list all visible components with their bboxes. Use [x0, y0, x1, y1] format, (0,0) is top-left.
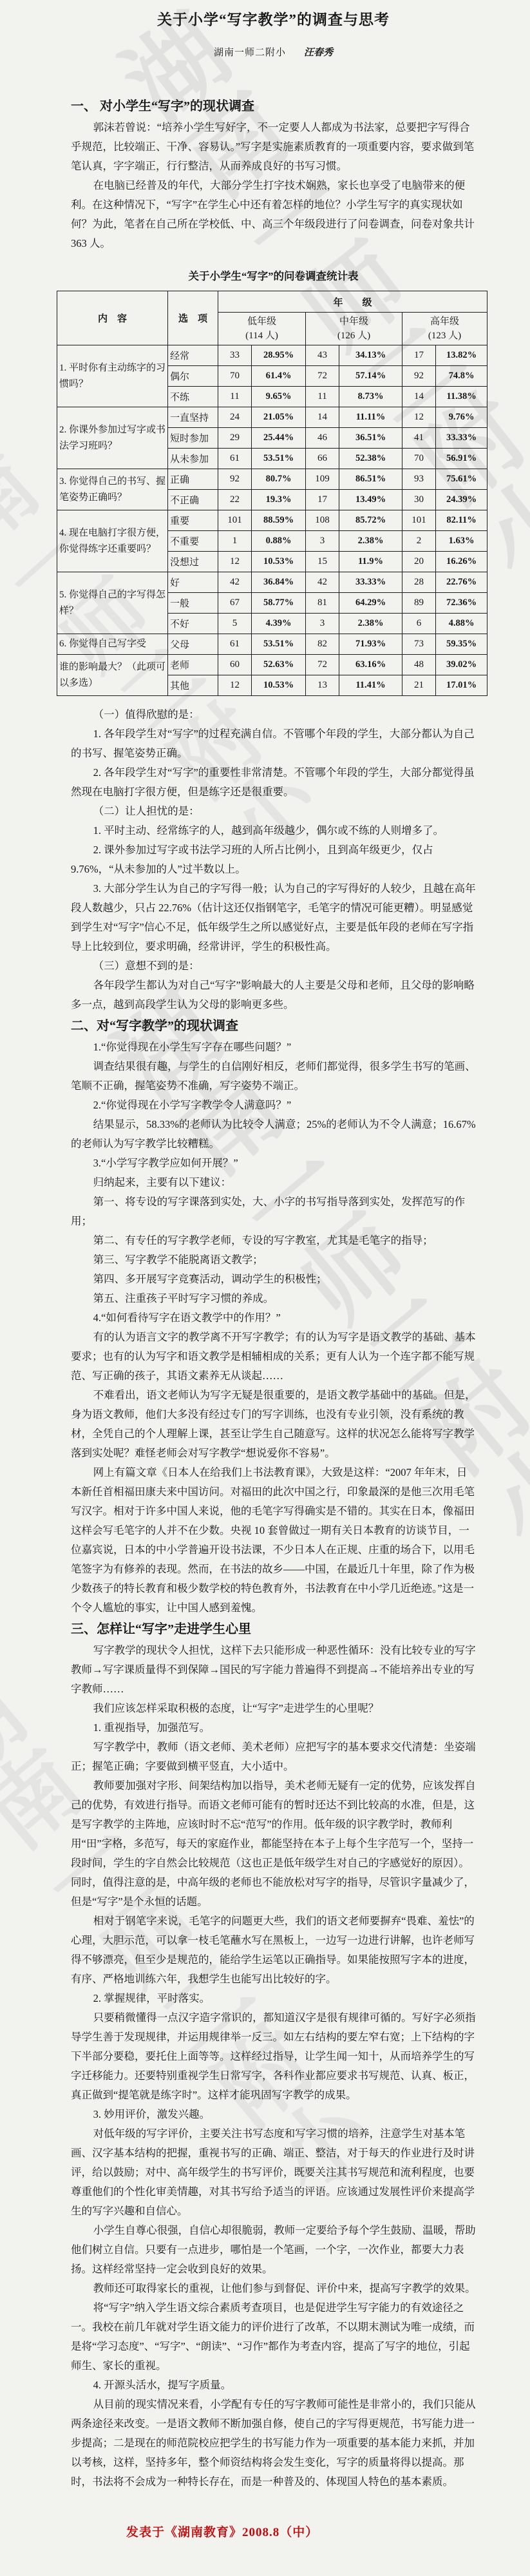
count-cell: 61: [218, 449, 252, 469]
question-cell: 2. 你课外参加过写字或书法学习班吗？: [57, 407, 168, 469]
paragraph: 第三、写字教学不能脱离语文教学；: [71, 1250, 476, 1270]
paragraph: 教师还可取得家长的重视，让他们参与到督促、评价中来，提高写字教学的效果。: [71, 2279, 476, 2298]
count-cell: 11: [306, 387, 339, 407]
option-cell: 不重要: [168, 531, 218, 552]
percent-cell: 9.65%: [252, 387, 306, 407]
count-cell: 67: [218, 593, 252, 614]
option-cell: 正确: [168, 469, 218, 490]
paragraph: 4. 开源头活水，提写字质量。: [71, 2376, 476, 2395]
count-cell: 1: [218, 531, 252, 552]
option-cell: 不练: [168, 387, 218, 407]
count-cell: 60: [218, 655, 252, 675]
paragraph: 4.“如何看待写字在语文教学中的作用？”: [71, 1308, 476, 1328]
table-row: 5. 你觉得自己的字写得怎样？好4236.84%4233.33%2822.76%: [57, 572, 487, 593]
count-cell: 43: [306, 345, 339, 366]
count-cell: 12: [218, 552, 252, 572]
percent-cell: 11.41%: [339, 675, 402, 696]
paragraph: 不难看出，语文老师认为写字无疑是很重要的，是语文教学基础中的基础。但是，身为语文…: [71, 1386, 476, 1463]
count-cell: 101: [402, 510, 436, 531]
count-cell: 3: [306, 614, 339, 634]
option-cell: 经常: [168, 345, 218, 366]
count-cell: 48: [402, 655, 436, 675]
percent-cell: 17.01%: [436, 675, 487, 696]
section-heading: 一、 对小学生“写字”的现状调查: [71, 95, 476, 118]
paragraph: 只要稍微懂得一点汉字造字常识的，都知道汉字是很有规律可循的。写好字必须指导学生善…: [71, 2008, 476, 2105]
percent-cell: 13.82%: [436, 345, 487, 366]
col-header-grade-level: 高年级(123 人): [402, 313, 487, 345]
count-cell: 17: [402, 345, 436, 366]
col-header-grade: 年 级: [218, 291, 487, 313]
count-cell: 70: [402, 449, 436, 469]
percent-cell: 16.26%: [436, 552, 487, 572]
count-cell: 82: [306, 634, 339, 655]
percent-cell: 39.02%: [436, 655, 487, 675]
option-cell: 老师: [168, 655, 218, 675]
option-cell: 其他: [168, 675, 218, 696]
percent-cell: 52.63%: [252, 655, 306, 675]
table-row: 6. 你觉得自己写字受父母6153.51%8271.93%7359.35%: [57, 634, 487, 655]
option-cell: 一般: [168, 593, 218, 614]
percent-cell: 22.76%: [436, 572, 487, 593]
table-title: 关于小学生“写字”的问卷调查统计表: [71, 267, 476, 283]
paragraph: 结果显示，58.33%的老师认为比较令人满意；25%的老师认为不令人满意；16.…: [71, 1115, 476, 1154]
paragraph: （一）值得欣慰的是：: [71, 705, 476, 724]
count-cell: 42: [306, 572, 339, 593]
percent-cell: 11.38%: [436, 387, 487, 407]
paragraph: 3. 妙用评价，激发兴趣。: [71, 2105, 476, 2124]
percent-cell: 21.05%: [252, 407, 306, 428]
percent-cell: 58.77%: [252, 593, 306, 614]
paragraph: 3.“小学写字教学应如何开展？”: [71, 1154, 476, 1173]
percent-cell: 36.51%: [339, 428, 402, 449]
paragraph: 1. 平时主动、经常练字的人，越到高年级越少，偶尔或不练的人则增多了。: [71, 821, 476, 840]
count-cell: 14: [402, 387, 436, 407]
option-cell: 偶尔: [168, 366, 218, 387]
percent-cell: 71.93%: [339, 634, 402, 655]
paragraph: 从目前的现实情况来看，小学配有专任的写字教师可能性是非常小的，我们只能从两条途径…: [71, 2395, 476, 2492]
table-row: 谁的影响最大？（此项可以多选）老师6052.63%7263.16%4839.02…: [57, 655, 487, 675]
percent-cell: 85.72%: [339, 510, 402, 531]
count-cell: 81: [306, 593, 339, 614]
paragraph: 3. 大部分学生认为自己的字写得一般；认为自己的字写得好的人较少，且越在高年段人…: [71, 879, 476, 956]
percent-cell: 2.38%: [339, 531, 402, 552]
question-cell: 4. 现在电脑打字很方便，你觉得练字还重要吗？: [57, 510, 168, 572]
count-cell: 5: [218, 614, 252, 634]
count-cell: 17: [306, 490, 339, 510]
section-heading: 三、怎样让“写字”走进学生心里: [71, 1618, 476, 1641]
paragraph: 2. 各年段学生对“写字”的重要性非常清楚。不管哪个年段的学生，大部分都觉得虽然…: [71, 763, 476, 802]
paragraph: 1. 重视指导，加强范写。: [71, 1718, 476, 1738]
count-cell: 22: [218, 490, 252, 510]
percent-cell: 4.88%: [436, 614, 487, 634]
count-cell: 72: [306, 366, 339, 387]
percent-cell: 1.63%: [436, 531, 487, 552]
percent-cell: 25.44%: [252, 428, 306, 449]
paragraph: 在电脑已经普及的年代，大部分学生打字技术娴熟，家长也享受了电脑带来的便利。在这种…: [71, 176, 476, 253]
question-cell: 5. 你觉得自己的字写得怎样？: [57, 572, 168, 634]
question-cell: 谁的影响最大？（此项可以多选）: [57, 655, 168, 696]
section-heading: 二、对“写字教学”的现状调查: [71, 1014, 476, 1038]
option-cell: 从未参加: [168, 449, 218, 469]
paragraph: 各年段学生都认为对自己“写字”影响最大的人主要是父母和老师，且父母的影响略多一点…: [71, 976, 476, 1014]
table-row: 3. 你觉得自己的书写、握笔姿势正确吗？正确9280.7%10986.51%93…: [57, 469, 487, 490]
percent-cell: 2.38%: [339, 614, 402, 634]
percent-cell: 9.76%: [436, 407, 487, 428]
question-cell: 3. 你觉得自己的书写、握笔姿势正确吗？: [57, 469, 168, 510]
count-cell: 30: [402, 490, 436, 510]
percent-cell: 86.51%: [339, 469, 402, 490]
count-cell: 72: [306, 655, 339, 675]
paragraph: 有的认为语言文字的教学离不开写字教学；有的认为写字是语文教学的基础、基本要求；也…: [71, 1328, 476, 1386]
page-title: 关于小学“写字教学”的调查与思考: [71, 10, 476, 30]
paragraph: 第四、多开展写字竞赛活动，调动学生的积极性；: [71, 1270, 476, 1289]
paragraph: 1. 各年段学生对“写字”的过程充满自信。不管哪个年段的学生，大部分都认为自己的…: [71, 724, 476, 763]
option-cell: 不正确: [168, 490, 218, 510]
paragraph: 第二、有专任的写字教学老师，专设的写字教室，尤其是毛笔字的指导；: [71, 1231, 476, 1250]
count-cell: 13: [306, 675, 339, 696]
paragraph: 2. 课外参加过写字或书法学习班的人所占比例小，且到高年级更少，仅占 9.76%…: [71, 840, 476, 879]
option-cell: 重要: [168, 510, 218, 531]
percent-cell: 74.8%: [436, 366, 487, 387]
table-row: 2. 你课外参加过写字或书法学习班吗？一直坚持2421.05%1411.11%1…: [57, 407, 487, 428]
count-cell: 70: [218, 366, 252, 387]
percent-cell: 11.11%: [339, 407, 402, 428]
table-row: 4. 现在电脑打字很方便，你觉得练字还重要吗？重要10188.59%10885.…: [57, 510, 487, 531]
paragraph: 写字教学中，教师（语文老师、美术老师）应把写字的基本要求交代清楚：坐姿端正；握笔…: [71, 1738, 476, 1776]
paragraph: 调查结果很有趣，与学生的自信刚好相反，老师们都觉得，很多学生书写的笔画、笔顺不正…: [71, 1057, 476, 1096]
count-cell: 14: [306, 407, 339, 428]
paragraph: 1.“你觉得现在小学生写字存在哪些问题？”: [71, 1038, 476, 1057]
paragraph: 写字教学的现状令人担忧，这样下去只能形成一种恶性循环：没有比较专业的写字教师→写…: [71, 1641, 476, 1699]
count-cell: 92: [402, 366, 436, 387]
percent-cell: 8.73%: [339, 387, 402, 407]
percent-cell: 61.4%: [252, 366, 306, 387]
count-cell: 93: [402, 469, 436, 490]
count-cell: 89: [402, 593, 436, 614]
count-cell: 61: [218, 634, 252, 655]
count-cell: 12: [402, 407, 436, 428]
survey-table: 内 容 选 项 年 级 低年级(114 人)中年级(126 人)高年级(123 …: [57, 291, 487, 696]
col-header-option: 选 项: [168, 291, 218, 345]
option-cell: 没想过: [168, 552, 218, 572]
percent-cell: 64.29%: [339, 593, 402, 614]
survey-table-header: 内 容 选 项 年 级 低年级(114 人)中年级(126 人)高年级(123 …: [57, 291, 487, 345]
paragraph: 郭沫若曾说：“培养小学生写好字，不一定要人人都成为书法家，总要把字写得合乎规范，…: [71, 118, 476, 176]
percent-cell: 52.38%: [339, 449, 402, 469]
col-header-content: 内 容: [57, 291, 168, 345]
paragraph: 第一、将专设的写字课落到实处，大、小字的书写指导落到实处，发挥范写的作用；: [71, 1192, 476, 1231]
paragraph: 第五、注重孩子平时写字习惯的养成。: [71, 1289, 476, 1308]
count-cell: 108: [306, 510, 339, 531]
percent-cell: 0.88%: [252, 531, 306, 552]
count-cell: 12: [218, 675, 252, 696]
percent-cell: 4.39%: [252, 614, 306, 634]
percent-cell: 53.51%: [252, 449, 306, 469]
option-cell: 好: [168, 572, 218, 593]
count-cell: 41: [402, 428, 436, 449]
percent-cell: 72.36%: [436, 593, 487, 614]
percent-cell: 36.84%: [252, 572, 306, 593]
percent-cell: 59.35%: [436, 634, 487, 655]
byline: 湖南一师二附小汪春秀: [71, 45, 476, 59]
count-cell: 92: [218, 469, 252, 490]
col-header-grade-level: 中年级(126 人): [306, 313, 402, 345]
paragraph: 2. 掌握规律，平时落实。: [71, 1989, 476, 2008]
percent-cell: 11.9%: [339, 552, 402, 572]
count-cell: 66: [306, 449, 339, 469]
option-cell: 父母: [168, 634, 218, 655]
author-name: 汪春秀: [304, 46, 333, 58]
paragraph: （二）让人担忧的是：: [71, 802, 476, 821]
count-cell: 42: [218, 572, 252, 593]
percent-cell: 63.16%: [339, 655, 402, 675]
col-header-grade-level: 低年级(114 人): [218, 313, 306, 345]
option-cell: 不好: [168, 614, 218, 634]
paragraph: （三）意想不到的是：: [71, 956, 476, 976]
percent-cell: 28.95%: [252, 345, 306, 366]
count-cell: 21: [402, 675, 436, 696]
publication-note: 发表于《湖南教育》2008.8（中）: [126, 2523, 318, 2540]
author-affiliation: 湖南一师二附小: [214, 48, 286, 58]
percent-cell: 57.14%: [339, 366, 402, 387]
document-body: 关于小学“写字教学”的调查与思考 湖南一师二附小汪春秀 一、 对小学生“写字”的…: [0, 0, 530, 2576]
option-cell: 短时参加: [168, 428, 218, 449]
paragraph: 对低年级的写字评价，主要关注书写态度和写字习惯的培养，注意学生对基本笔画、汉字基…: [71, 2124, 476, 2221]
paragraph: 归纳起来，主要有以下建议：: [71, 1173, 476, 1192]
percent-cell: 33.33%: [339, 572, 402, 593]
paragraph: 小学生自尊心很强，自信心却很脆弱，教师一定要给予每个学生鼓励、温暖，帮助他们树立…: [71, 2221, 476, 2279]
count-cell: 46: [306, 428, 339, 449]
percent-cell: 10.53%: [252, 675, 306, 696]
percent-cell: 13.49%: [339, 490, 402, 510]
paragraph: 相对于钢笔字来说，毛笔字的问题更大些，我们的语文老师要摒弃“畏难、羞怯”的心理，…: [71, 1912, 476, 1989]
count-cell: 101: [218, 510, 252, 531]
paragraph: 我们应该怎样采取积极的态度，让“写字”走进学生的心里呢？: [71, 1699, 476, 1718]
count-cell: 29: [218, 428, 252, 449]
count-cell: 28: [402, 572, 436, 593]
percent-cell: 88.59%: [252, 510, 306, 531]
percent-cell: 56.91%: [436, 449, 487, 469]
paragraph: 2.“你觉得现在小学写字教学令人满意吗？”: [71, 1096, 476, 1115]
question-cell: 6. 你觉得自己写字受: [57, 634, 168, 655]
count-cell: 73: [402, 634, 436, 655]
percent-cell: 24.39%: [436, 490, 487, 510]
count-cell: 6: [402, 614, 436, 634]
percent-cell: 75.61%: [436, 469, 487, 490]
count-cell: 3: [306, 531, 339, 552]
count-cell: 24: [218, 407, 252, 428]
percent-cell: 80.7%: [252, 469, 306, 490]
count-cell: 33: [218, 345, 252, 366]
question-cell: 1. 平时你有主动练字的习惯吗？: [57, 345, 168, 407]
percent-cell: 33.33%: [436, 428, 487, 449]
article-body: （一）值得欣慰的是：1. 各年段学生对“写字”的过程充满自信。不管哪个年段的学生…: [71, 705, 476, 2492]
paragraph: 将“写字”纳入学生语文综合素质考查项目，也是促进学生写字能力的有效途径之一。我校…: [71, 2298, 476, 2376]
survey-table-section: 关于小学生“写字”的问卷调查统计表 内 容 选 项 年 级 低年级(114 人)…: [71, 267, 476, 696]
paragraph: 教师要加强对字形、间架结构加以指导，美术老师无疑有一定的优势，应该发挥自己的优势…: [71, 1776, 476, 1912]
count-cell: 20: [402, 552, 436, 572]
section-1-intro: 一、 对小学生“写字”的现状调查郭沫若曾说：“培养小学生写好字，不一定要人人都成…: [71, 95, 476, 253]
percent-cell: 19.3%: [252, 490, 306, 510]
count-cell: 15: [306, 552, 339, 572]
count-cell: 2: [402, 531, 436, 552]
table-row: 1. 平时你有主动练字的习惯吗？经常3328.95%4334.13%1713.8…: [57, 345, 487, 366]
percent-cell: 34.13%: [339, 345, 402, 366]
option-cell: 一直坚持: [168, 407, 218, 428]
paragraph: 网上有篇文章《日本人在给我们上书法教育课》，大致是这样：“2007 年年末，日本…: [71, 1463, 476, 1618]
count-cell: 109: [306, 469, 339, 490]
percent-cell: 10.53%: [252, 552, 306, 572]
document-page: 湖南一师二附小 湖南一师二附小 湖南一师二附小 湖南一师二附小 关于小学“写字教…: [0, 0, 530, 2576]
percent-cell: 53.51%: [252, 634, 306, 655]
count-cell: 11: [218, 387, 252, 407]
percent-cell: 82.11%: [436, 510, 487, 531]
